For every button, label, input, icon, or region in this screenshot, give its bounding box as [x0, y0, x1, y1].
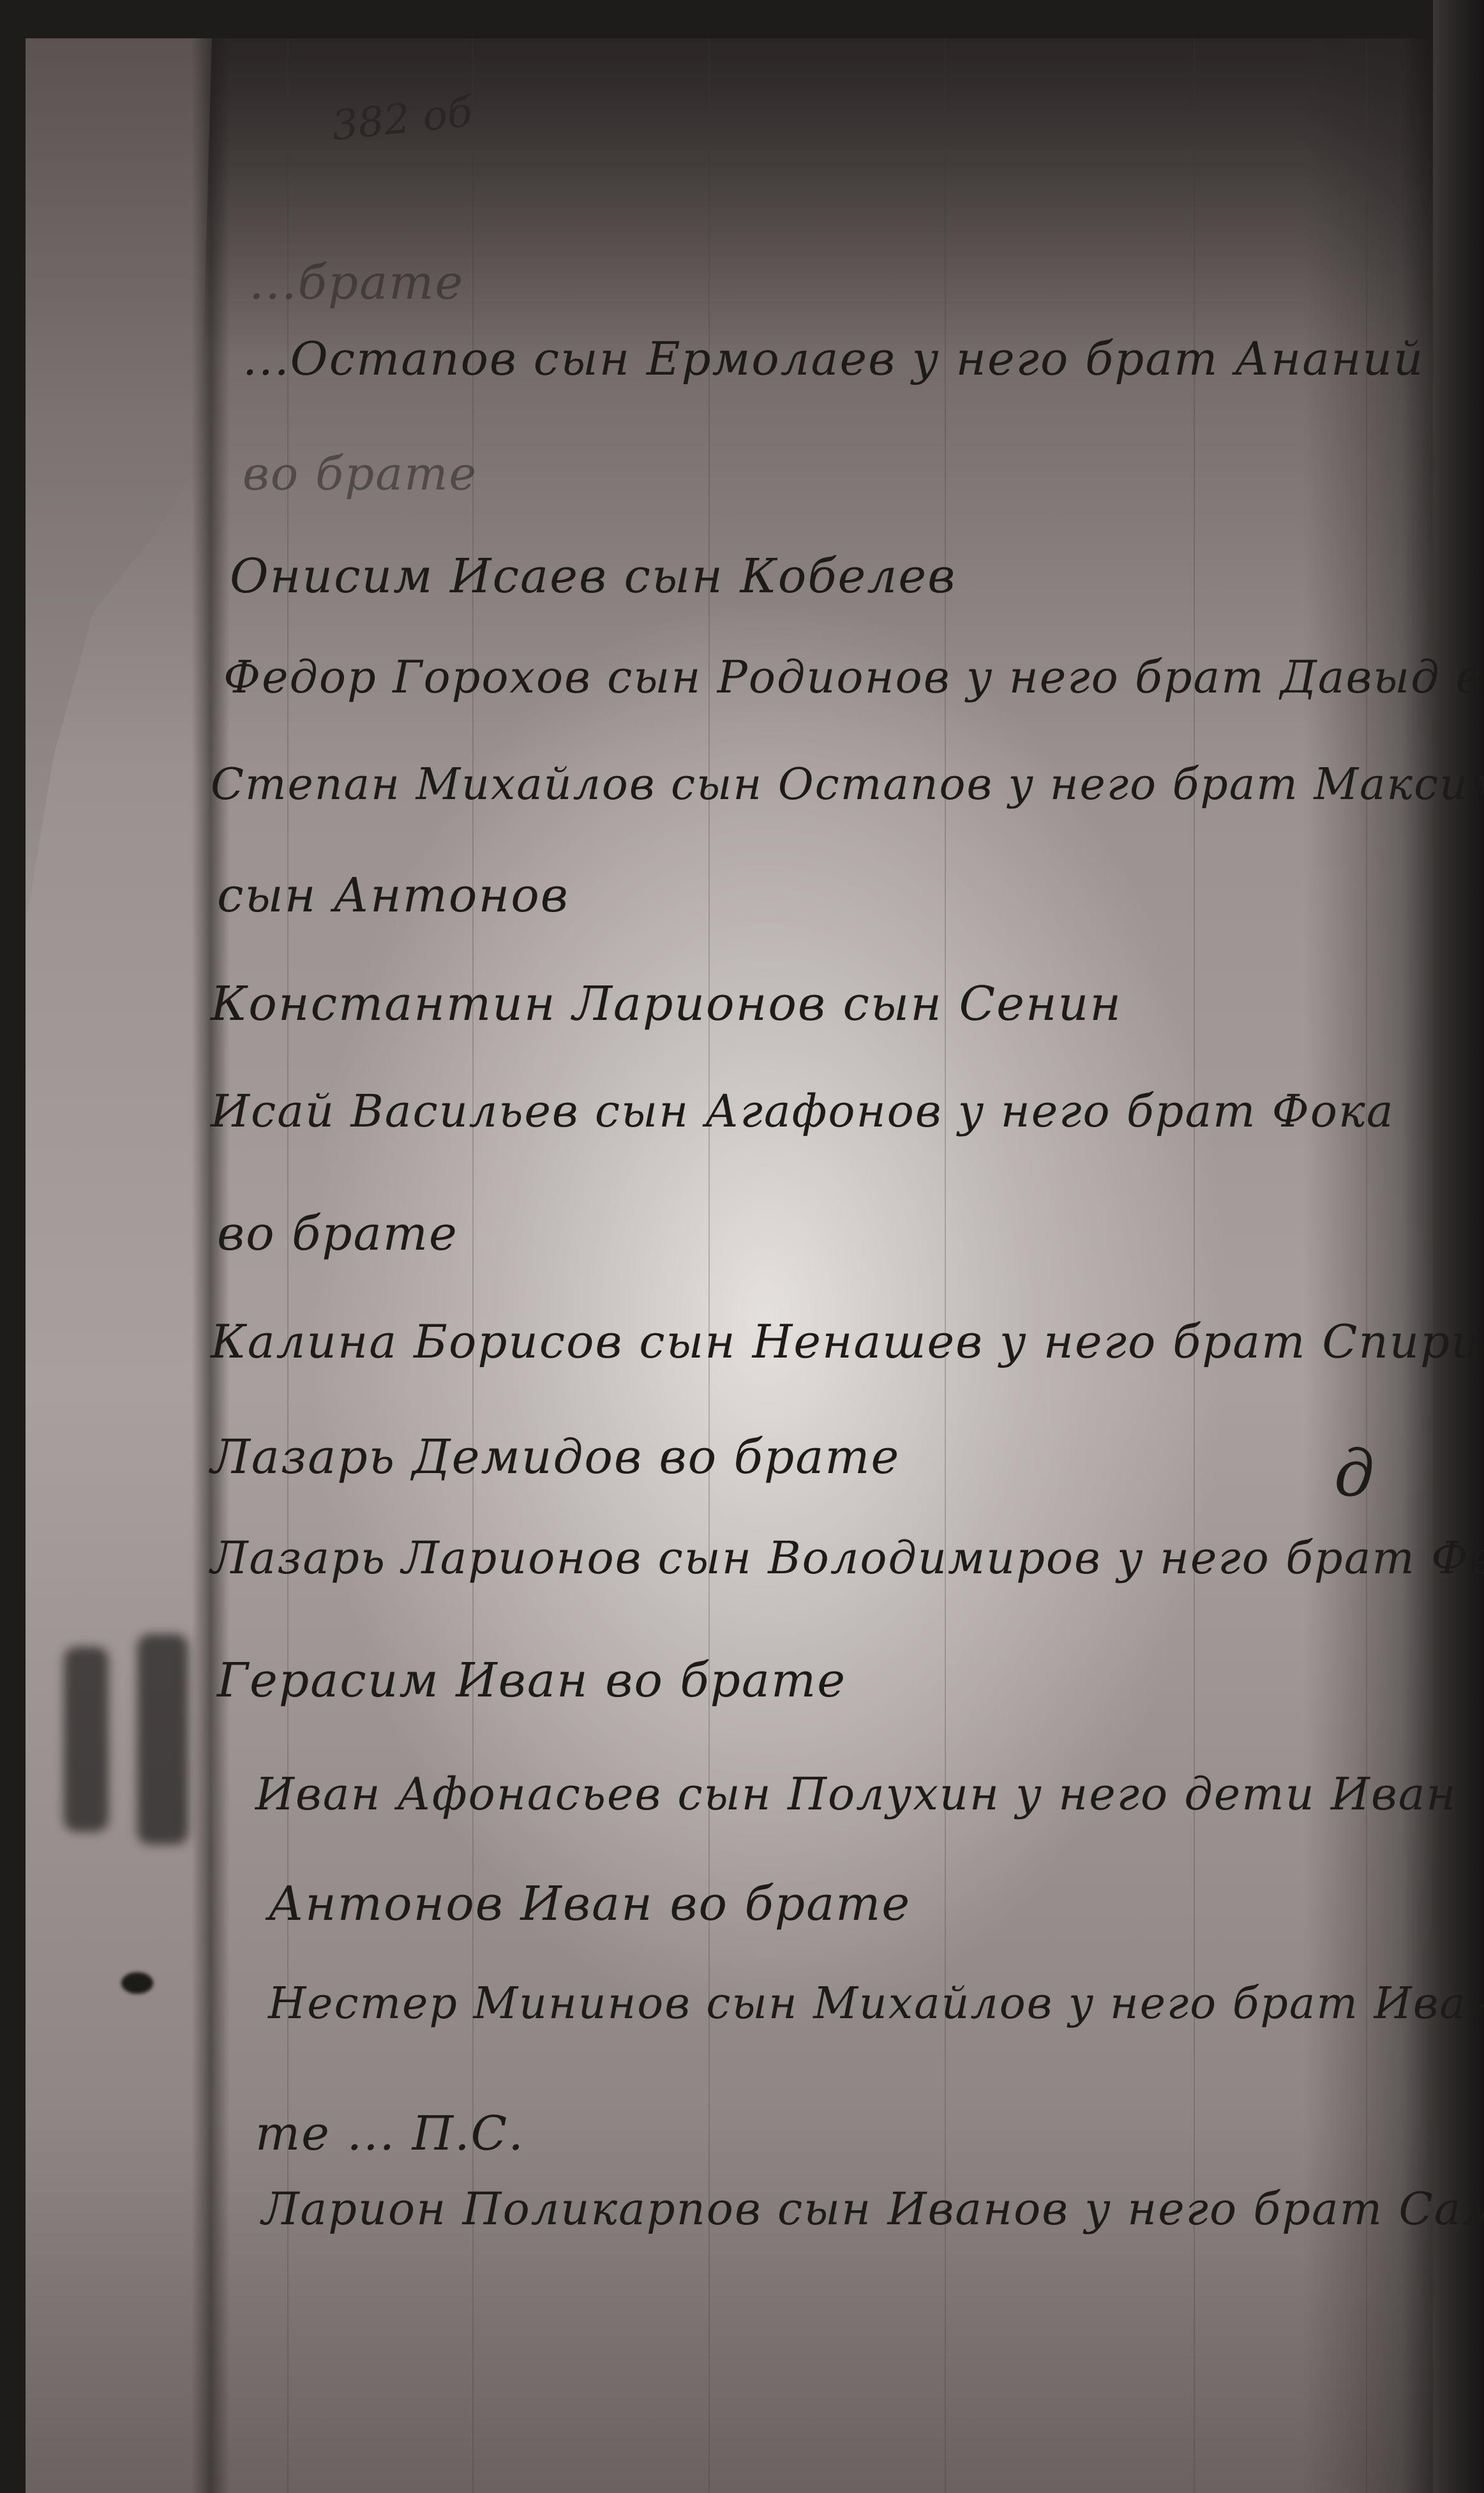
text-line: сын Антонов	[217, 868, 569, 923]
text-line: те ... П.С.	[255, 2106, 525, 2161]
text-line: Исай Васильев сын Агафонов у него брат Ф…	[211, 1085, 1395, 1137]
text-line: Ларион Поликарпов сын Иванов у него брат…	[262, 2183, 1484, 2235]
text-line: во брате	[217, 1206, 458, 1261]
text-line: Степан Михайлов сын Остапов у него брат …	[211, 760, 1484, 810]
text-line: Константин Ларионов сын Сенин	[211, 977, 1122, 1031]
text-line: Антонов Иван во брате	[268, 1876, 911, 1931]
ink-smudge	[137, 1634, 188, 1845]
text-line: ...брате	[249, 255, 464, 310]
text-line: Нестер Мининов сын Михайлов у него брат …	[268, 1979, 1484, 2029]
text-line: Калина Борисов сын Ненашев у него брат С…	[211, 1315, 1484, 1368]
text-line: Онисим Исаев сын Кобелев	[230, 549, 956, 604]
text-line: Лазарь Ларионов сын Володимиров у него б…	[211, 1532, 1484, 1584]
ink-blot	[121, 1972, 153, 1994]
margin-mark: д	[1334, 1436, 1374, 1511]
text-line: во брате	[243, 447, 477, 500]
ink-smudge	[64, 1647, 109, 1832]
text-line: Федор Горохов сын Родионов у него брат Д…	[223, 651, 1484, 703]
text-line: Лазарь Демидов во брате	[211, 1430, 900, 1485]
manuscript-text: ...брате ...Остапов сын Ермолаев у него …	[0, 0, 1484, 2493]
text-line: Иван Афонасьев сын Полухин у него дети И…	[255, 1768, 1457, 1820]
text-line: ...Остапов сын Ермолаев у него брат Анан…	[243, 332, 1424, 386]
text-line: Герасим Иван во брате	[217, 1653, 846, 1708]
